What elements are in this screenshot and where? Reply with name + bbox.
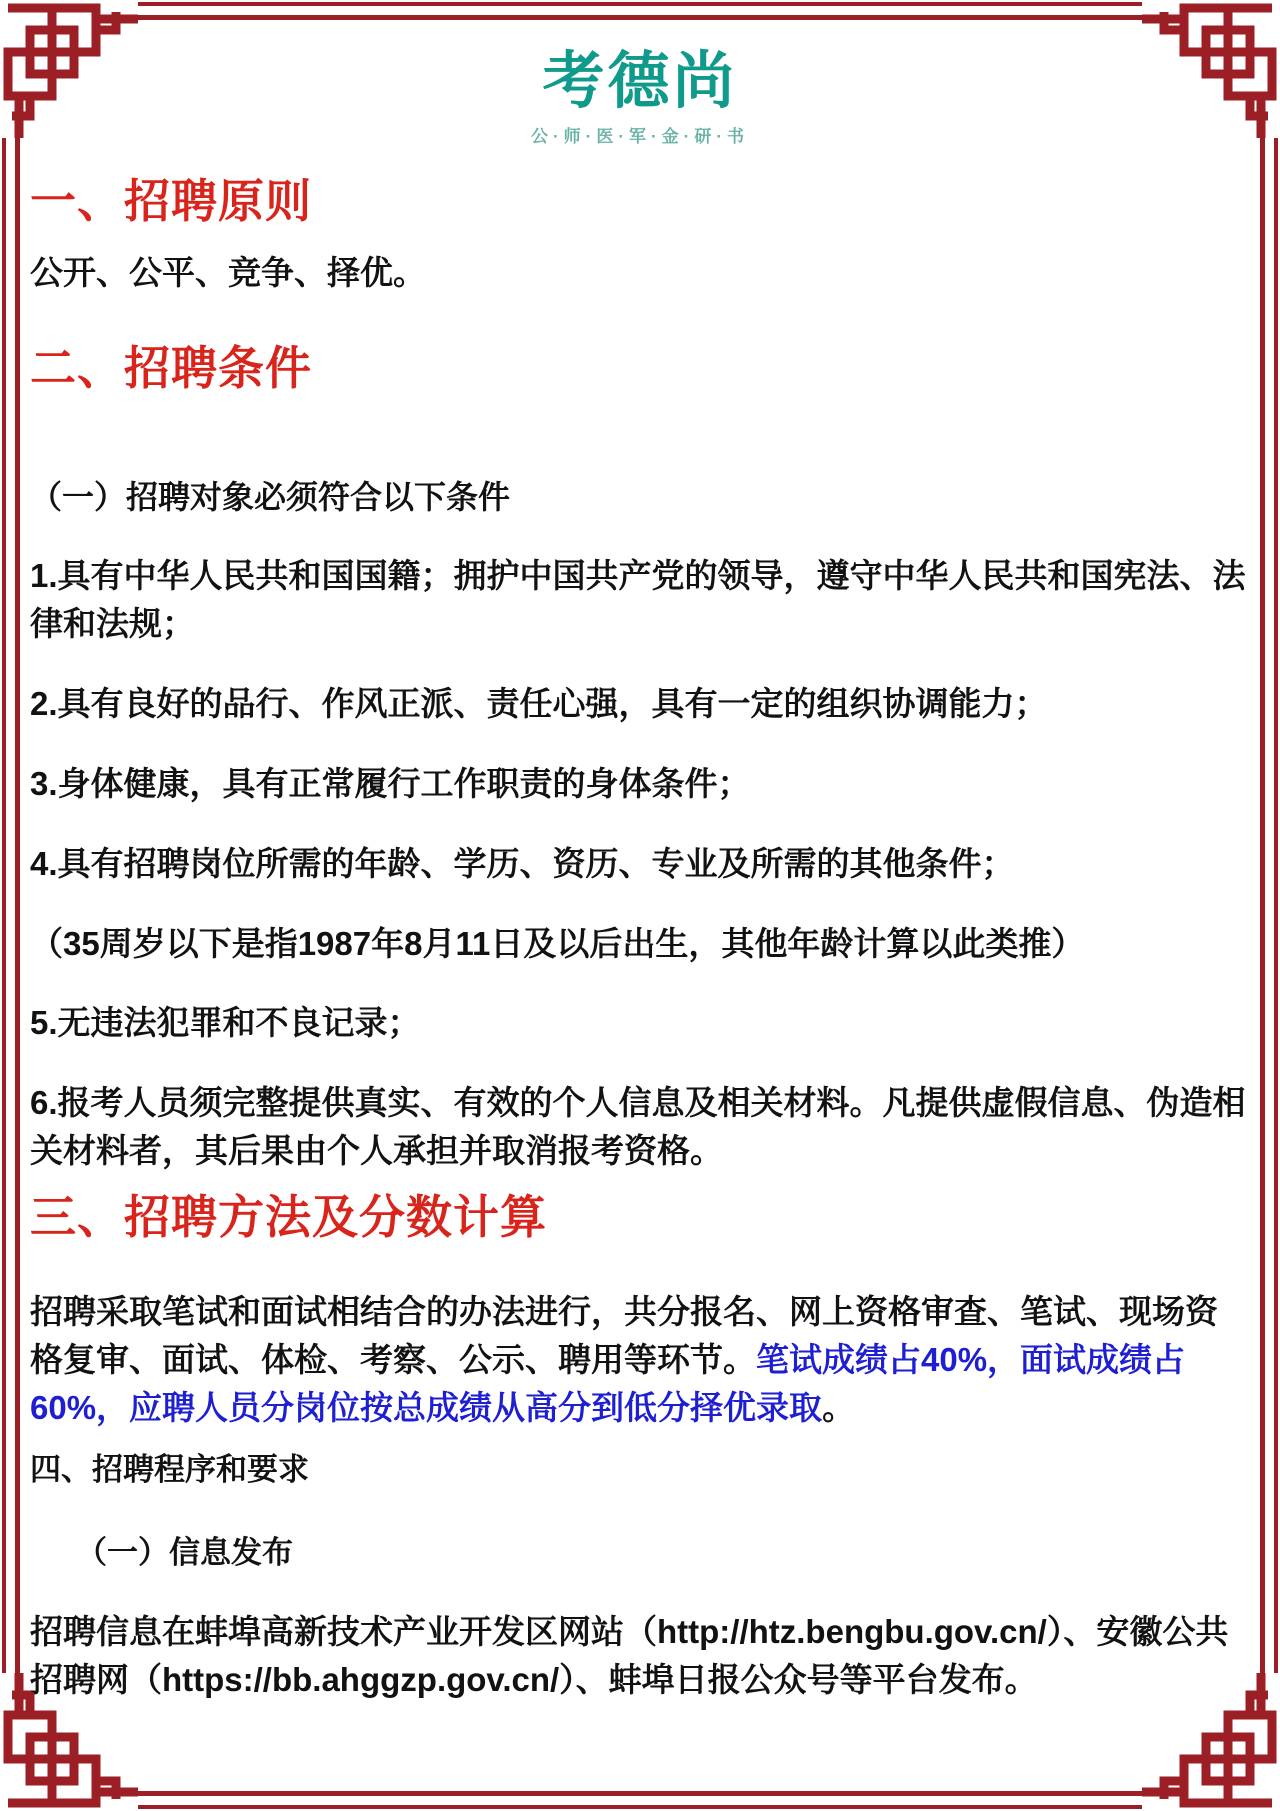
section4-heading: 四、招聘程序和要求	[30, 1448, 1250, 1493]
condition-item-4: 4.具有招聘岗位所需的年龄、学历、资历、专业及所需的其他条件；	[30, 840, 1250, 888]
brand-logo: 考德尚 公·师·医·军·金·研·书	[30, 48, 1250, 149]
recruitment-notice-page: 考德尚 公·师·医·军·金·研·书 一、招聘原则 公开、公平、竞争、择优。 二、…	[0, 0, 1280, 1811]
section3-heading: 三、招聘方法及分数计算	[30, 1189, 1250, 1247]
principles-text: 公开、公平、竞争、择优。	[30, 249, 1250, 297]
condition-item-1: 1.具有中华人民共和国国籍；拥护中国共产党的领导，遵守中华人民共和国宪法、法律和…	[30, 552, 1250, 648]
notice-content: 考德尚 公·师·医·军·金·研·书 一、招聘原则 公开、公平、竞争、择优。 二、…	[0, 0, 1280, 1704]
condition-age-note: （35周岁以下是指1987年8月11日及以后出生，其他年龄计算以此类推）	[30, 920, 1250, 968]
condition-item-5: 5.无违法犯罪和不良记录；	[30, 999, 1250, 1047]
info-release-text: 招聘信息在蚌埠高新技术产业开发区网站（http://htz.bengbu.gov…	[30, 1608, 1250, 1704]
section2-subheading: （一）招聘对象必须符合以下条件	[30, 474, 1250, 520]
logo-wordmark: 考德尚	[30, 48, 1250, 116]
condition-item-2: 2.具有良好的品行、作风正派、责任心强，具有一定的组织协调能力；	[30, 680, 1250, 728]
condition-item-3: 3.身体健康，具有正常履行工作职责的身体条件；	[30, 760, 1250, 808]
method-paragraph: 招聘采取笔试和面试相结合的办法进行，共分报名、网上资格审查、笔试、现场资格复审、…	[30, 1288, 1250, 1432]
section1-heading: 一、招聘原则	[30, 173, 1250, 231]
info-release-subheading: （一）信息发布	[76, 1531, 1250, 1576]
section2-heading: 二、招聘条件	[30, 340, 1250, 398]
condition-item-6: 6.报考人员须完整提供真实、有效的个人信息及相关材料。凡提供虚假信息、伪造相关材…	[30, 1079, 1250, 1175]
method-text-tail: 。	[822, 1389, 855, 1426]
logo-tagline: 公·师·医·军·金·研·书	[30, 126, 1250, 149]
